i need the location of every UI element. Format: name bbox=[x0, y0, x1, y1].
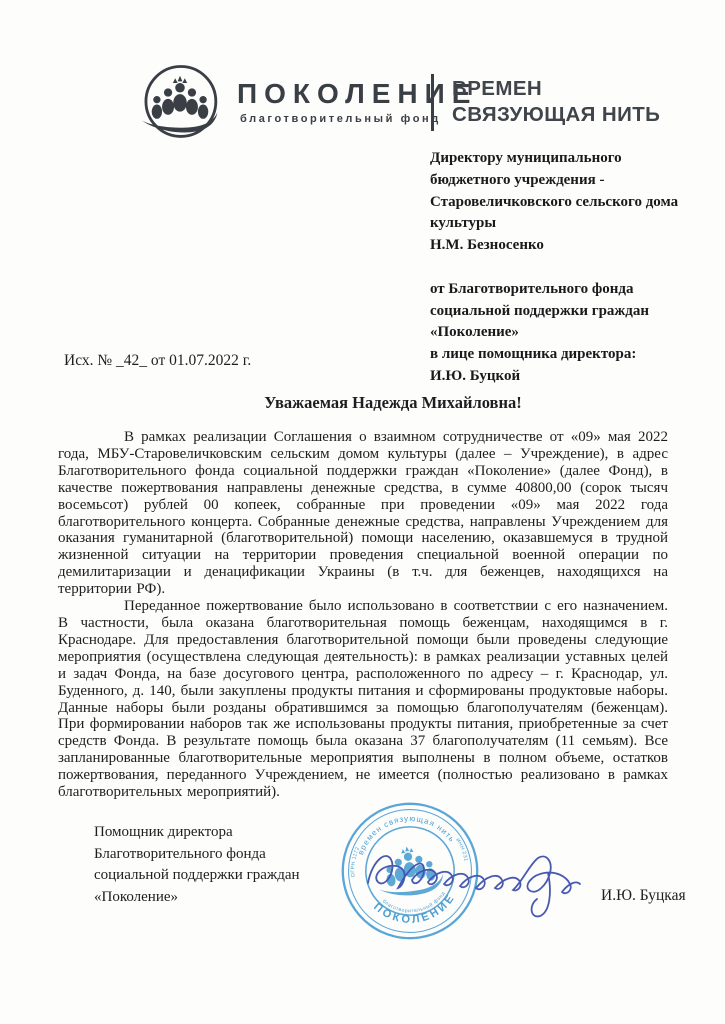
foundation-logo-icon bbox=[134, 62, 226, 148]
sender-line: в лице помощника директора: bbox=[430, 344, 715, 366]
recipient-line: Н.М. Безносенко bbox=[430, 235, 715, 257]
brand-name: ПОКОЛЕНИЕ bbox=[237, 78, 477, 110]
sender-line: И.Ю. Буцкой bbox=[430, 366, 715, 388]
scanned-letter-page: ПОКОЛЕНИЕ благотворительный фонд ВРЕМЕН … bbox=[0, 0, 725, 1024]
salutation: Уважаемая Надежда Михайловна! bbox=[88, 393, 698, 413]
brand-subtitle: благотворительный фонд bbox=[240, 113, 441, 125]
recipient-line: культуры bbox=[430, 213, 715, 235]
tagline-line2: СВЯЗУЮЩАЯ НИТЬ bbox=[452, 102, 660, 128]
signature-title-line: Помощник директора bbox=[94, 822, 354, 844]
sender-line: «Поколение» bbox=[430, 322, 715, 344]
letter-body: В рамках реализации Соглашения о взаимно… bbox=[58, 429, 668, 801]
reference-line: Исх. № _42_ от 01.07.2022 г. bbox=[64, 352, 251, 370]
paragraph-2: Переданное пожертвование было использова… bbox=[58, 598, 668, 801]
address-gap bbox=[430, 257, 715, 279]
sender-line: от Благотворительного фонда bbox=[430, 279, 715, 301]
paragraph-1: В рамках реализации Соглашения о взаимно… bbox=[58, 429, 668, 598]
recipient-line: Старовеличковского сельского дома bbox=[430, 192, 715, 214]
recipient-line: бюджетного учреждения - bbox=[430, 170, 715, 192]
signature-title-line: Благотворительного фонда bbox=[94, 844, 354, 866]
tagline: ВРЕМЕН СВЯЗУЮЩАЯ НИТЬ bbox=[452, 76, 660, 128]
header-divider bbox=[431, 74, 434, 131]
signer-name: И.Ю. Буцкая bbox=[601, 887, 686, 905]
tagline-line1: ВРЕМЕН bbox=[452, 76, 660, 102]
signature-title-block: Помощник директора Благотворительного фо… bbox=[94, 822, 354, 908]
recipient-line: Директору муниципального bbox=[430, 148, 715, 170]
handwritten-signature bbox=[352, 828, 592, 928]
sender-line: социальной поддержки граждан bbox=[430, 301, 715, 323]
address-block: Директору муниципального бюджетного учре… bbox=[430, 148, 715, 388]
signature-title-line: «Поколение» bbox=[94, 887, 354, 909]
signature-title-line: социальной поддержки граждан bbox=[94, 865, 354, 887]
